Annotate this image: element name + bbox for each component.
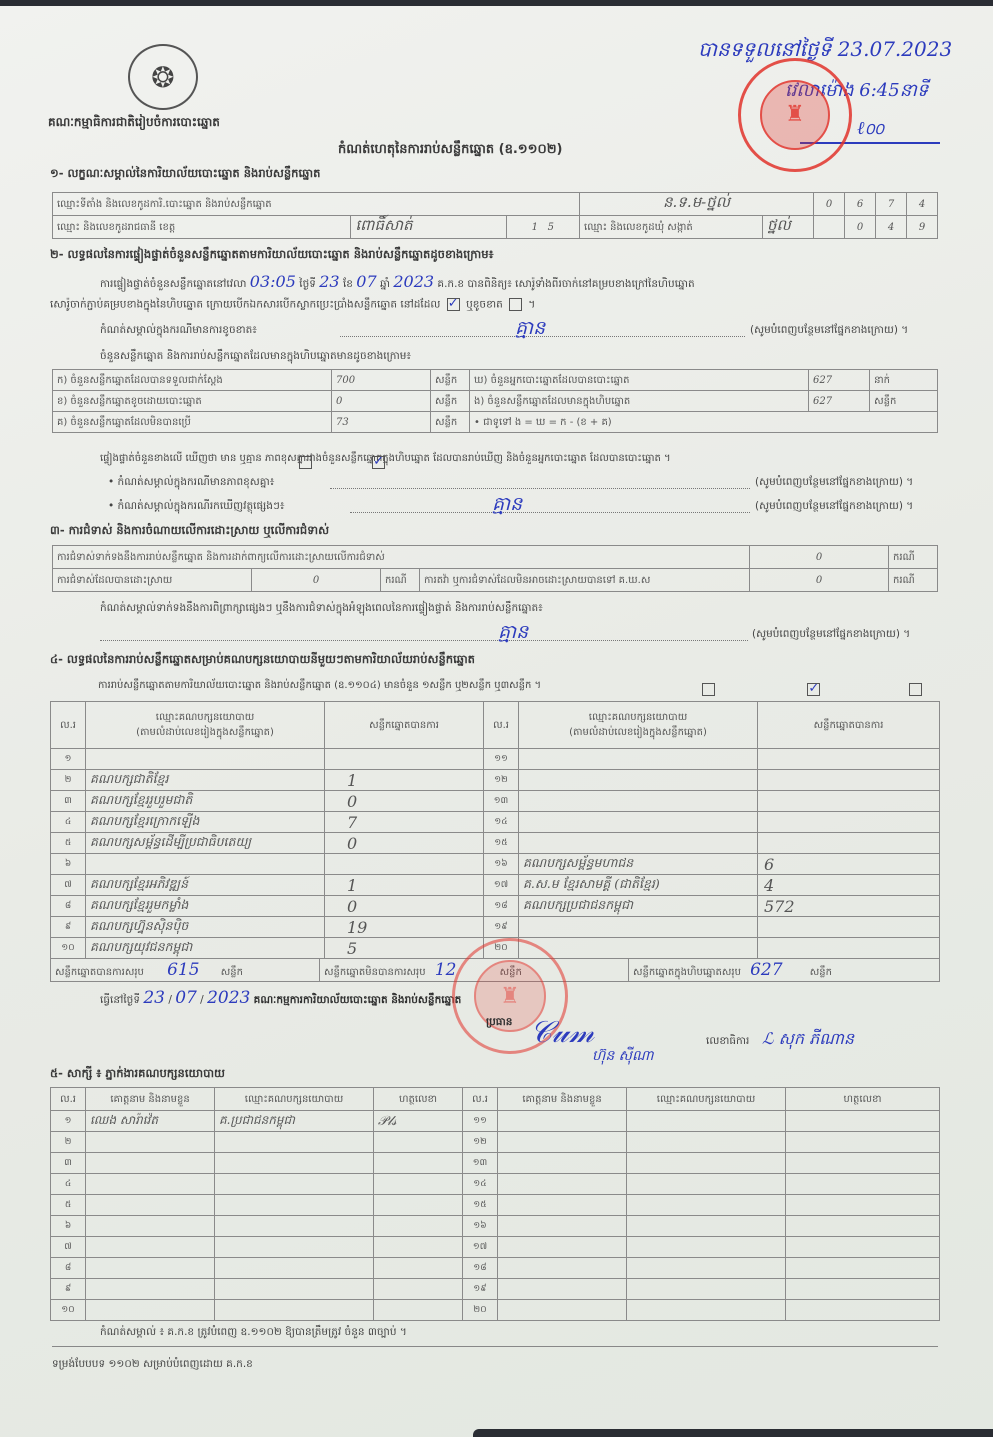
objects-note-value: គ្មាន [492, 492, 522, 520]
witness-name [498, 1237, 627, 1258]
party-name [519, 812, 758, 833]
col-no: ល.រ [51, 702, 86, 749]
verification-day: 23 [319, 272, 339, 291]
col-votes: សន្លឹកឆ្នោតបានការ [758, 702, 940, 749]
witness-signature [374, 1300, 463, 1321]
count-spoiled: 0 [332, 391, 431, 412]
row-number: ៤ [51, 812, 86, 833]
station-code-digit: 6 [845, 193, 876, 216]
row-number: ១៧ [484, 875, 519, 896]
witness-party [215, 1237, 374, 1258]
station-code-digit: 7 [876, 193, 907, 216]
witness-signature [786, 1237, 940, 1258]
witness-name [498, 1153, 627, 1174]
ballot-count-table: ក) ចំនួនសន្លឹកឆ្នោតដែលបានទទួលជាក់ស្តែង 7… [52, 369, 938, 433]
commune-code-digit: 4 [876, 216, 907, 239]
table-row: ៧គណបក្សខ្មែរអភិវឌ្ឍន៍1១៧គ.ស.ម ខ្មែរសាមគ្… [51, 875, 940, 896]
table-row: ៣១៣ [51, 1153, 940, 1174]
witness-party [215, 1279, 374, 1300]
row-number: ៥ [51, 1195, 86, 1216]
no-difference-checkbox[interactable]: ✓ [372, 456, 385, 469]
witness-party [627, 1237, 786, 1258]
table-row: ២១២ [51, 1132, 940, 1153]
party-votes: 19 [325, 917, 484, 938]
footer-divider [52, 1346, 938, 1347]
secretary-label: លេខាធិការ [706, 1035, 749, 1050]
fill-hint: (សូមបំពេញបន្ថែមនៅផ្នែកខាងក្រោយ) ។ [755, 476, 913, 491]
unit: សន្លឹក [431, 370, 470, 391]
party-name: គណបក្សហ្វ៊ុនស៊ិនប៉ិច [86, 917, 325, 938]
party-name: គណបក្សខ្មែររួបរួមជាតិ [86, 791, 325, 812]
row-number: ១៥ [484, 833, 519, 854]
witness-name [498, 1111, 627, 1132]
table-row: ៤១៤ [51, 1174, 940, 1195]
unit: សន្លឹក [870, 391, 938, 412]
party-name [519, 791, 758, 812]
table-row: ៨១៨ [51, 1258, 940, 1279]
witness-table: ល.រ គោត្តនាម និងនាមខ្លួន ឈ្មោះគណបក្សនយោប… [50, 1087, 940, 1321]
witness-party [215, 1174, 374, 1195]
objections-note-value: គ្មាន [498, 620, 528, 648]
party-name: គណបក្សជាតិខ្មែរ [86, 770, 325, 791]
party-votes: 0 [325, 896, 484, 917]
count-unused: 73 [332, 412, 431, 433]
party-name: គណបក្សខ្មែរអភិវឌ្ឍន៍ [86, 875, 325, 896]
witness-signature [374, 1132, 463, 1153]
damaged-checkbox[interactable] [509, 298, 522, 311]
witness-party [215, 1216, 374, 1237]
witness-signature [374, 1174, 463, 1195]
unit: នាក់ [870, 370, 938, 391]
col-party: ឈ្មោះគណបក្សនយោបាយ [215, 1088, 374, 1111]
unit: សន្លឹក [431, 391, 470, 412]
witness-name [498, 1300, 627, 1321]
table-row: ១០២០ [51, 1300, 940, 1321]
verification-month: 07 [356, 272, 376, 291]
witness-name [498, 1258, 627, 1279]
party-votes [758, 917, 940, 938]
signing-date-line: ធ្វើនៅថ្ងៃទី 23 / 07 / 2023 គណៈកម្មការកា… [100, 988, 461, 1009]
witness-name [86, 1153, 215, 1174]
damage-note-value: គ្មាន [515, 316, 545, 344]
party-name: គណបក្សយុវជនកម្ពុជា [86, 938, 325, 959]
station-label: ឈ្មោះទីតាំង និងលេខកូដការិ.បោះឆ្នោត និងរា… [53, 193, 580, 216]
fill-hint: (សូមបំពេញបន្ថែមនៅផ្នែកខាងក្រោយ) ។ [752, 628, 910, 643]
col-sign: ហត្ថលេខា [786, 1088, 940, 1111]
row-number: ១៦ [484, 854, 519, 875]
row-number: ៥ [51, 833, 86, 854]
objections-note-label: កំណត់សម្គាល់ទាក់ទងនឹងការពិព្រាក្សាផ្សេងៗ… [100, 602, 543, 617]
damage-note-label: កំណត់សម្គាល់ក្នុងករណីមានការខូចខាត៖ [100, 324, 257, 339]
witness-signature [786, 1300, 940, 1321]
witness-name [86, 1195, 215, 1216]
footer-note: កំណត់សម្គាល់ ៖ គ.ក.ខ ត្រូវបំពេញ ឧ.១១០២ ឱ… [100, 1326, 407, 1341]
table-row: ២គណបក្សជាតិខ្មែរ1១២ [51, 770, 940, 791]
table-row: ៥១៥ [51, 1195, 940, 1216]
party-name [86, 749, 325, 770]
party-votes [758, 749, 940, 770]
fill-hint: (សូមបំពេញបន្ថែមនៅផ្នែកខាងក្រោយ) ។ [755, 500, 913, 515]
witness-party [627, 1153, 786, 1174]
party-name [519, 833, 758, 854]
row-number: ១០ [51, 938, 86, 959]
witness-signature [374, 1153, 463, 1174]
table-row: ៥គណបក្សសម្ព័ន្ធដើម្បីប្រជាធិបតេយ្យ0១៥ [51, 833, 940, 854]
verification-year: 2023 [393, 272, 434, 291]
count-in-box: 627 [809, 391, 870, 412]
witness-party [627, 1279, 786, 1300]
row-number: ១០ [51, 1300, 86, 1321]
party-votes: 7 [325, 812, 484, 833]
row-number: ៣ [51, 791, 86, 812]
intact-checkbox[interactable]: ✓ [447, 298, 460, 311]
witness-signature [786, 1279, 940, 1300]
nec-emblem-icon: ❂ [128, 44, 198, 110]
commune-code-digit: 9 [907, 216, 938, 239]
row-number: ១៩ [463, 1279, 498, 1300]
form-title: កំណត់ហេតុនៃការរាប់សន្លឹកឆ្នោត (ឧ.១១០២) [338, 141, 562, 160]
verification-time: 03:05 [250, 272, 296, 291]
witness-party [215, 1132, 374, 1153]
col-no: ល.រ [463, 1088, 498, 1111]
section5-heading: ៥- សាក្សី ៖ ភ្នាក់ងារគណបក្សនយោបាយ [50, 1066, 225, 1083]
witness-signature [374, 1237, 463, 1258]
witness-name [498, 1174, 627, 1195]
witness-name [86, 1300, 215, 1321]
commune-name: ថ្នល់ [762, 216, 813, 239]
row-number: ១៤ [484, 812, 519, 833]
table-row: ៨គណបក្សខ្មែររួមកម្លាំង0១៨គណបក្សប្រជាជនកម… [51, 896, 940, 917]
row-number: ១៣ [484, 791, 519, 812]
row-number: ៣ [51, 1153, 86, 1174]
witness-party [627, 1111, 786, 1132]
row-number: ១៩ [484, 917, 519, 938]
party-votes [758, 791, 940, 812]
table-row: ១ឈេង សារ៉ាវ៉េតគ.ប្រជាជនកម្ពុជា𝒫𝓁𝓈១១ [51, 1111, 940, 1132]
witness-name [86, 1174, 215, 1195]
witness-signature [786, 1258, 940, 1279]
witness-party: គ.ប្រជាជនកម្ពុជា [215, 1111, 374, 1132]
table-row: ១១១ [51, 749, 940, 770]
station-code-digit: 0 [814, 193, 845, 216]
total-in-box: សន្លឹកឆ្នោតក្នុងហិបឆ្នោតសរុប 627 សន្លឹក [629, 959, 940, 982]
table-row: ៩គណបក្សហ្វ៊ុនស៊ិនប៉ិច19១៩ [51, 917, 940, 938]
party-votes: 0 [325, 791, 484, 812]
chair-name: ហ៊ុន ស៊ីណា [592, 1046, 654, 1067]
sheet-count-line: ការរាប់សន្លឹកឆ្នោតតាមការិយាល័យបោះឆ្នោត ន… [98, 678, 541, 693]
witness-signature [374, 1279, 463, 1300]
row-number: ៦ [51, 854, 86, 875]
seal-status-line: សោរ៉ូចាក់ភ្ជាប់គម្របខាងក្នុងនៃហិបឆ្នោត ក… [50, 298, 535, 314]
party-votes [758, 938, 940, 959]
row-number: ១៣ [463, 1153, 498, 1174]
resolved-label: ការជំទាស់ដែលបានដោះស្រាយ [53, 569, 252, 592]
witness-party [215, 1258, 374, 1279]
witness-name [498, 1279, 627, 1300]
row-number: ២ [51, 1132, 86, 1153]
difference-note-label: • កំណត់សម្គាល់ក្នុងករណីមានភាពខុសគ្នា៖ [108, 476, 274, 491]
party-name: គណបក្សប្រជាជនកម្ពុជា [519, 896, 758, 917]
party-name: គ.ស.ម ខ្មែរសាមគ្គី (ជាតិខ្មែរ) [519, 875, 758, 896]
section3-heading: ៣- ការជំទាស់ និងការចំណាយលើការដោះស្រាយ ឬល… [50, 523, 329, 540]
party-name [519, 917, 758, 938]
col-name: គោត្តនាម និងនាមខ្លួន [498, 1088, 627, 1111]
col-votes: សន្លឹកឆ្នោតបានការ [325, 702, 484, 749]
witness-party [627, 1216, 786, 1237]
row-number: ៩ [51, 1279, 86, 1300]
three-sheets-checkbox[interactable] [909, 683, 922, 696]
station-name: ន.ទ.ម-ថ្នល់ [580, 193, 814, 216]
table-row: ៦១៦ [51, 1216, 940, 1237]
party-votes [758, 833, 940, 854]
official-stamp-icon: ♜ [738, 58, 852, 172]
witness-party [215, 1300, 374, 1321]
witness-signature [786, 1111, 940, 1132]
form-reference: ទម្រង់បែបបទ ១១០២ សម្រាប់បំពេញដោយ គ.ក.ខ [52, 1358, 253, 1373]
two-sheets-checkbox[interactable]: ✓ [807, 683, 820, 696]
col-no: ល.រ [484, 702, 519, 749]
party-votes: 6 [758, 854, 940, 875]
objection-count: 0 [750, 546, 889, 569]
chair-signature: 𝒞𝓊𝓂 [530, 1015, 594, 1050]
resolved-count: 0 [252, 569, 381, 592]
chair-label: ប្រធាន [486, 1016, 512, 1031]
witness-signature [786, 1153, 940, 1174]
document-page: ❂ គណៈកម្មាធិការជាតិរៀបចំការបោះឆ្នោត កំណត… [0, 0, 993, 1437]
party-name [519, 749, 758, 770]
province-code: 1 5 [506, 216, 579, 239]
section2-heading: ២- លទ្ធផលនៃការផ្ទៀងផ្ទាត់ចំនួនសន្លឹកឆ្នោ… [50, 247, 494, 264]
row-number: ១៥ [463, 1195, 498, 1216]
party-results-table: ល.រ ឈ្មោះគណបក្សនយោបាយ(តាមលំដាប់លេខរៀងក្ន… [50, 701, 940, 959]
count-intro: ចំនួនសន្លឹកឆ្នោត និងការរាប់សន្លឹកឆ្នោតដែ… [100, 350, 411, 365]
receipt-date-note: បានទទួលនៅថ្ងៃទី 23.07.2023 [698, 36, 952, 66]
party-name: គណបក្សសម្ព័ន្ធមហាជន [519, 854, 758, 875]
row-number: ១៦ [463, 1216, 498, 1237]
witness-name [498, 1195, 627, 1216]
witness-signature [374, 1195, 463, 1216]
table-row: ៦១៦គណបក្សសម្ព័ន្ធមហាជន6 [51, 854, 940, 875]
count-label-unused: គ) ចំនួនសន្លឹកឆ្នោតដែលមិនបានប្រើ [53, 412, 332, 433]
witness-name [86, 1279, 215, 1300]
witness-signature [786, 1174, 940, 1195]
row-number: ១២ [463, 1132, 498, 1153]
party-votes: 1 [325, 770, 484, 791]
difference-line: ផ្ទៀងផ្ទាត់ចំនួនខាងលើ ឃើញថា មាន ឬគ្មាន ភ… [100, 451, 671, 466]
fill-hint: (សូមបំពេញបន្ថែមនៅផ្នែកខាងក្រោយ) ។ [750, 324, 908, 339]
total-valid: សន្លឹកឆ្នោតបានការសរុប 615 សន្លឹក [51, 959, 320, 982]
secretary-name: ℒ សុក ភីណាន [762, 1028, 854, 1052]
col-party: ឈ្មោះគណបក្សនយោបាយ [627, 1088, 786, 1111]
witness-name [86, 1258, 215, 1279]
party-votes: 5 [325, 938, 484, 959]
witness-signature: 𝒫𝓁𝓈 [374, 1111, 463, 1132]
row-number: ៨ [51, 1258, 86, 1279]
witness-party [215, 1195, 374, 1216]
col-no: ល.រ [51, 1088, 86, 1111]
party-votes [325, 854, 484, 875]
unit: សន្លឹក [431, 412, 470, 433]
witness-signature [786, 1195, 940, 1216]
scan-edge-top [0, 0, 993, 6]
party-votes: 0 [325, 833, 484, 854]
count-label-in-box: ង) ចំនួនសន្លឹកឆ្នោតដែលមានក្នុងហិបឆ្នោត [470, 391, 809, 412]
party-name [519, 938, 758, 959]
province-name: ពោធិ៍សាត់ [351, 216, 506, 239]
table-row: ៧១៧ [51, 1237, 940, 1258]
row-number: ១ [51, 1111, 86, 1132]
objections-table: ការជំទាស់ទាក់ទងនឹងការរាប់សន្លឹកឆ្នោត និង… [52, 545, 938, 592]
witness-party [627, 1132, 786, 1153]
one-sheet-checkbox[interactable] [702, 683, 715, 696]
verification-line: ការផ្ទៀងផ្ទាត់ចំនួនសន្លឹកឆ្នោតនៅវេលា 03:… [100, 272, 695, 293]
row-number: ២ [51, 770, 86, 791]
party-votes: 572 [758, 896, 940, 917]
row-number: ១៨ [484, 896, 519, 917]
party-name: គណបក្សខ្មែររួមកម្លាំង [86, 896, 325, 917]
row-number: ១៤ [463, 1174, 498, 1195]
station-code-digit: 4 [907, 193, 938, 216]
witness-name [498, 1132, 627, 1153]
row-number: ៤ [51, 1174, 86, 1195]
count-label-spoiled: ខ) ចំនួនសន្លឹកឆ្នោតខូចដោយបោះឆ្នោត [53, 391, 332, 412]
party-name: គណបក្សខ្មែរក្រោកឡើង [86, 812, 325, 833]
unit: ករណី [381, 569, 420, 592]
row-number: ១៧ [463, 1237, 498, 1258]
party-votes [758, 770, 940, 791]
party-votes [758, 812, 940, 833]
table-row: ៤គណបក្សខ្មែរក្រោកឡើង7១៤ [51, 812, 940, 833]
section1-table: ឈ្មោះទីតាំង និងលេខកូដការិ.បោះឆ្នោត និងរា… [52, 192, 938, 239]
count-label-voters: ឃ) ចំនួនអ្នកបោះឆ្នោតដែលបានបោះឆ្នោត [470, 370, 809, 391]
row-number: ៧ [51, 1237, 86, 1258]
row-number: ៦ [51, 1216, 86, 1237]
witness-name: ឈេង សារ៉ាវ៉េត [86, 1111, 215, 1132]
col-party: ឈ្មោះគណបក្សនយោបាយ(តាមលំដាប់លេខរៀងក្នុងសន… [86, 702, 325, 749]
row-number: ៩ [51, 917, 86, 938]
commune-code-digit: 0 [845, 216, 876, 239]
commune-label: ឈ្មោះ និងលេខកូដឃុំ សង្កាត់ [580, 216, 763, 239]
witness-party [627, 1300, 786, 1321]
row-number: ១១ [484, 749, 519, 770]
unresolved-count: 0 [750, 569, 889, 592]
province-label: ឈ្មោះ និងលេខកូដរាជធានី ខេត្ត [53, 216, 351, 239]
count-voters: 627 [809, 370, 870, 391]
witness-signature [374, 1216, 463, 1237]
witness-party [215, 1153, 374, 1174]
witness-signature [786, 1216, 940, 1237]
formula-note: • ជាទូទៅ ង = ឃ = ក - (ខ + គ) [470, 412, 938, 433]
col-name: គោត្តនាម និងនាមខ្លួន [86, 1088, 215, 1111]
party-name [519, 770, 758, 791]
scan-edge-bottom [473, 1429, 993, 1437]
witness-signature [786, 1132, 940, 1153]
witness-name [498, 1216, 627, 1237]
objects-note-label: • កំណត់សម្គាល់ក្នុងករណីរកឃើញវត្ថុផ្សេងៗ៖ [108, 500, 284, 515]
count-received: 700 [332, 370, 431, 391]
col-party: ឈ្មោះគណបក្សនយោបាយ(តាមលំដាប់លេខរៀងក្នុងសន… [519, 702, 758, 749]
row-number: ១២ [484, 770, 519, 791]
section1-heading: ១- លក្ខណៈសម្គាល់នៃការិយាល័យបោះឆ្នោត និងរ… [50, 166, 320, 183]
table-row: ៩១៩ [51, 1279, 940, 1300]
party-votes: 4 [758, 875, 940, 896]
row-number: ២០ [463, 1300, 498, 1321]
section4-heading: ៤- លទ្ធផលនៃការរាប់សន្លឹកឆ្នោតសម្រាប់គណបក… [50, 652, 475, 669]
witness-name [86, 1132, 215, 1153]
witness-party [627, 1258, 786, 1279]
row-number: ១៨ [463, 1258, 498, 1279]
col-sign: ហត្ថលេខា [374, 1088, 463, 1111]
party-name [86, 854, 325, 875]
witness-party [627, 1174, 786, 1195]
witness-name [86, 1216, 215, 1237]
unresolved-label: ការតវ៉ា ឬការជំទាស់ដែលមិនអាចដោះស្រាយបានទៅ… [420, 569, 750, 592]
party-name: គណបក្សសម្ព័ន្ធដើម្បីប្រជាធិបតេយ្យ [86, 833, 325, 854]
witness-signature [374, 1258, 463, 1279]
objection-label: ការជំទាស់ទាក់ទងនឹងការរាប់សន្លឹកឆ្នោត និង… [53, 546, 750, 569]
row-number: ១ [51, 749, 86, 770]
count-label-received: ក) ចំនួនសន្លឹកឆ្នោតដែលបានទទួលជាក់ស្តែង [53, 370, 332, 391]
unit: ករណី [889, 546, 938, 569]
party-votes [325, 749, 484, 770]
has-difference-checkbox[interactable] [299, 456, 312, 469]
party-votes: 1 [325, 875, 484, 896]
witness-party [627, 1195, 786, 1216]
row-number: ១១ [463, 1111, 498, 1132]
organization-name: គណៈកម្មាធិការជាតិរៀបចំការបោះឆ្នោត [48, 114, 220, 132]
unit: ករណី [889, 569, 938, 592]
row-number: ៨ [51, 896, 86, 917]
row-number: ៧ [51, 875, 86, 896]
table-row: ៣គណបក្សខ្មែររួបរួមជាតិ0១៣ [51, 791, 940, 812]
witness-name [86, 1237, 215, 1258]
